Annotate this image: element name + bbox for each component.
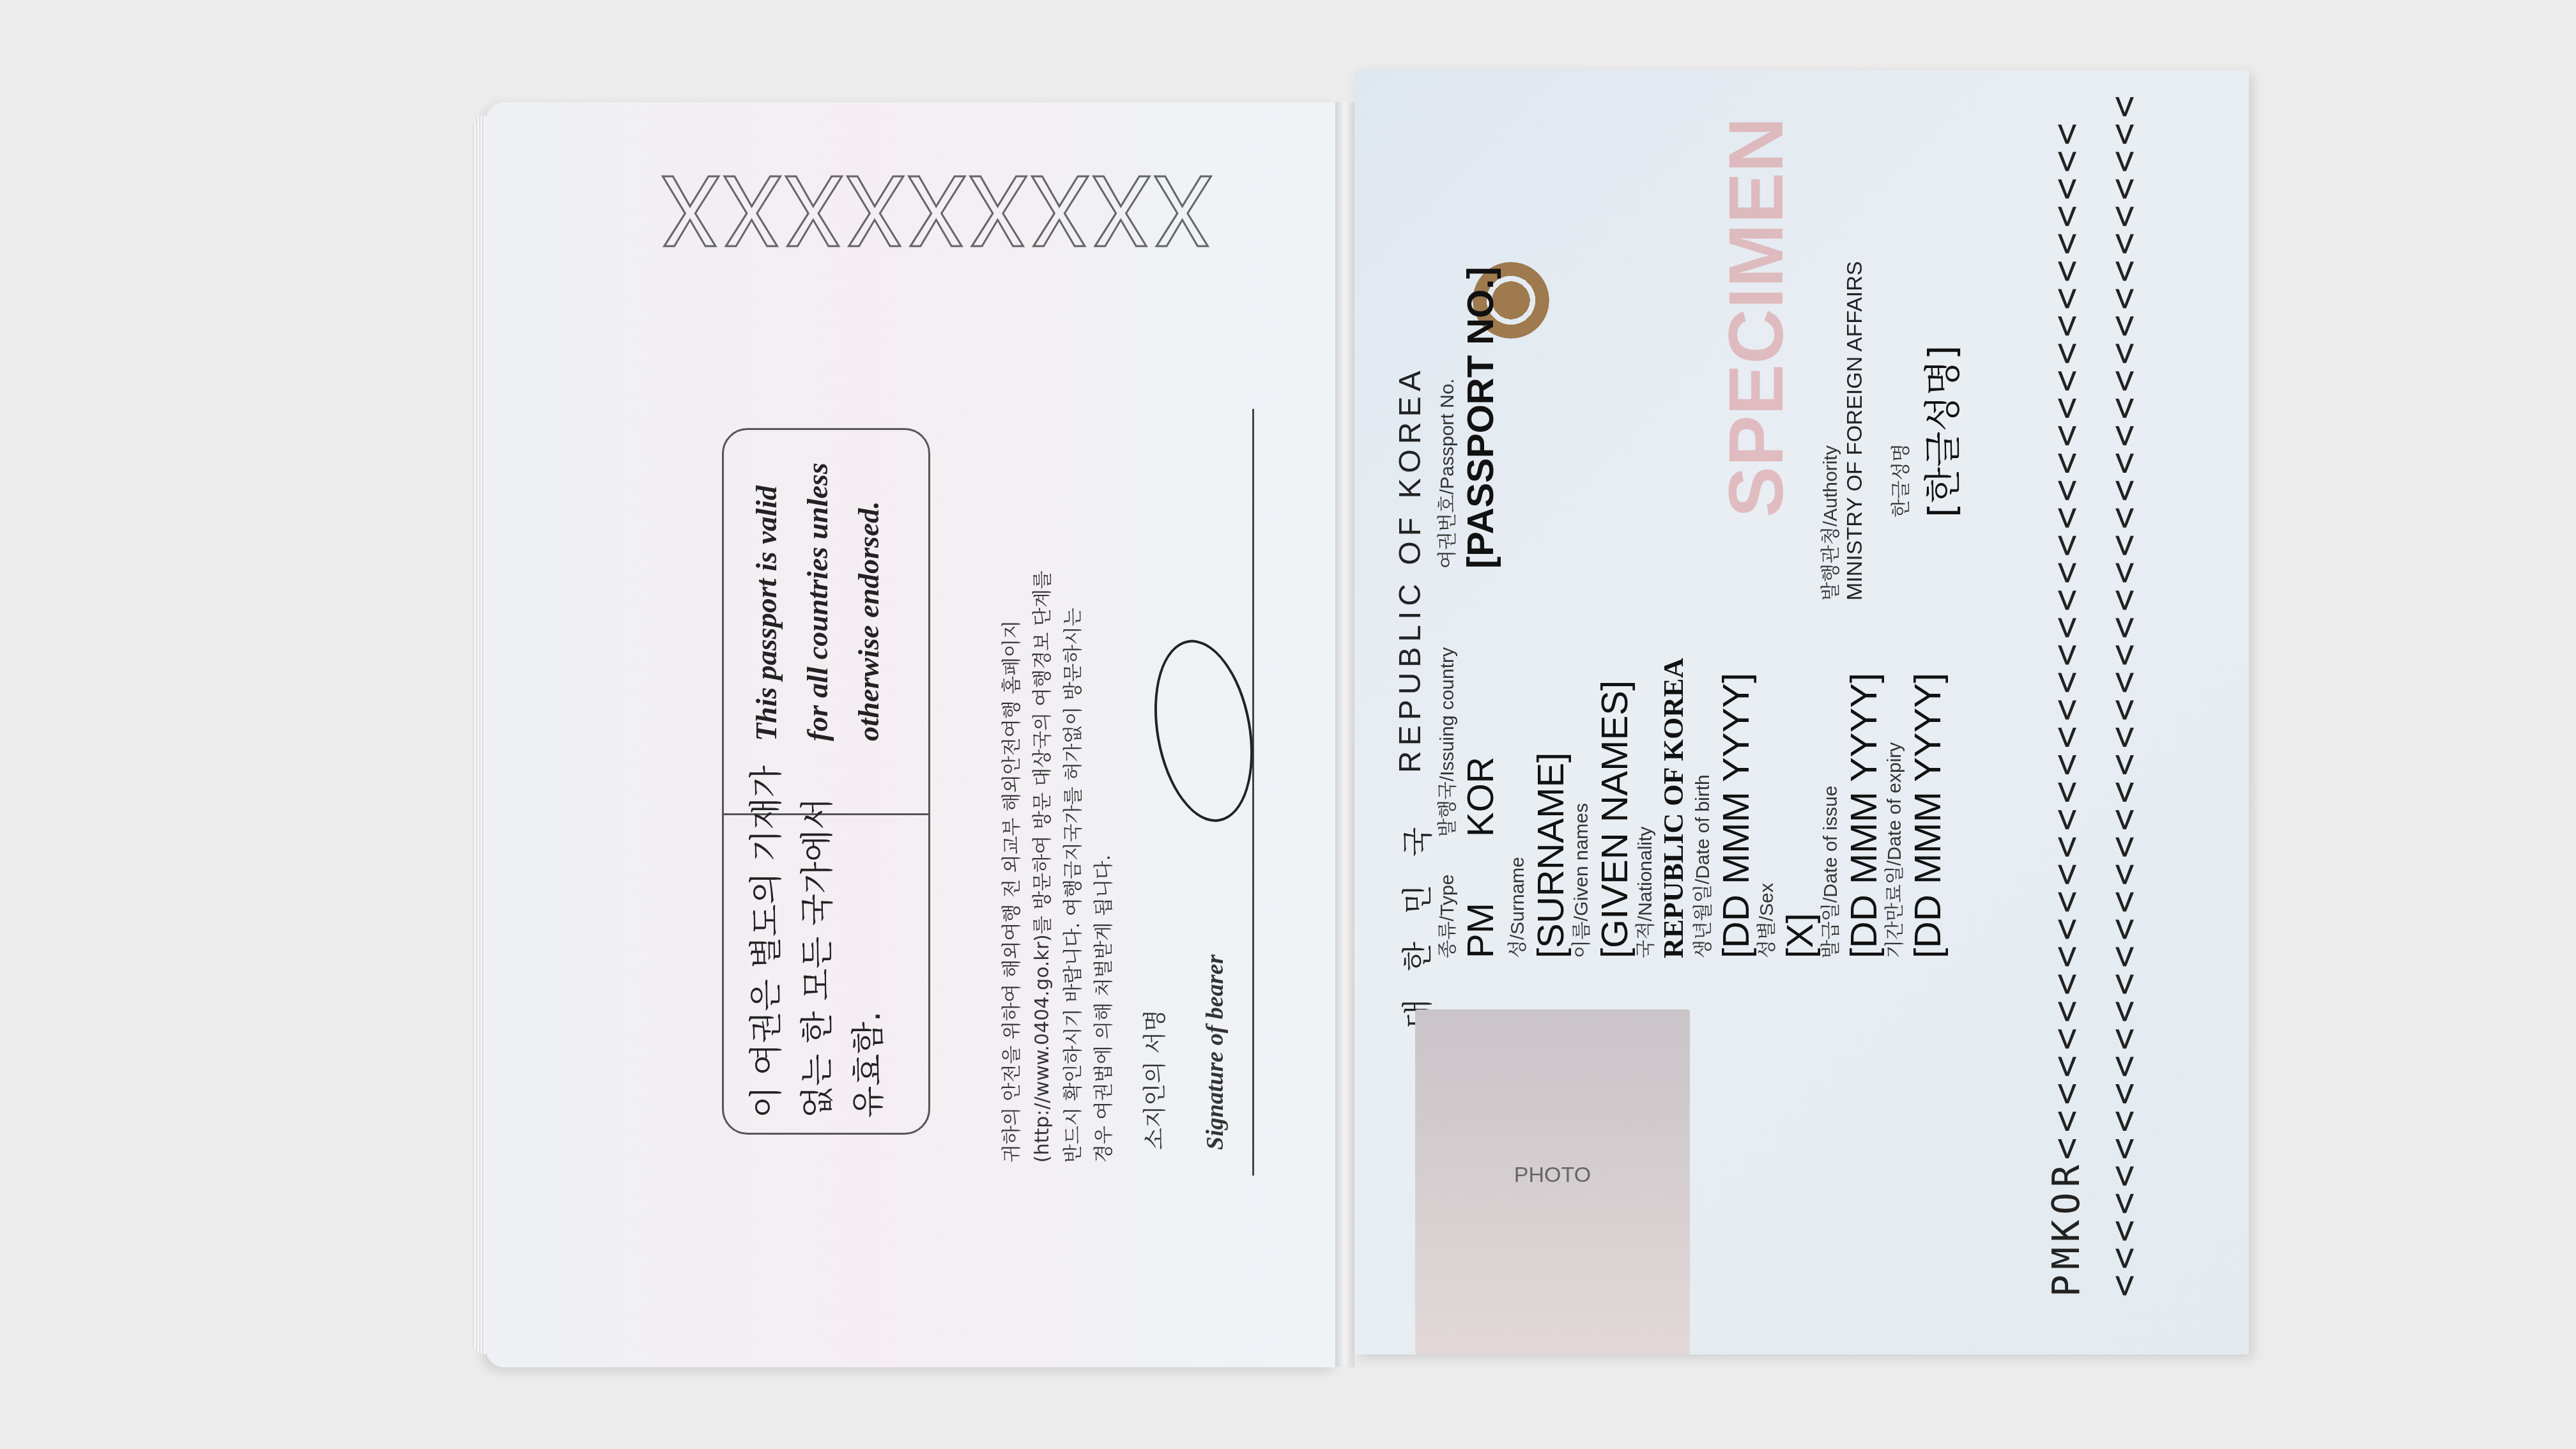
signature-placeholder [1141, 632, 1266, 829]
signature-label-ko: 소지인의 서명 [1137, 1009, 1170, 1150]
holder-photo-placeholder: PHOTO [1415, 1009, 1690, 1354]
observations-page: XXXXXXXXX 이 여권은 별도의 기재가 없는 한 모든 국가에서 유효함… [486, 102, 1335, 1367]
field-date-of-issue: 발급일/Date of issue [DD MMM YYYY] [1814, 673, 1885, 958]
field-nationality: 국적/Nationality REPUBLIC OF KOREA [1629, 658, 1690, 958]
country-name-en: REPUBLIC OF KOREA [1393, 366, 1428, 773]
validity-notice-en: This passport is valid for all countries… [741, 463, 894, 741]
field-passport-no: 여권번호/Passport No. [PASSPORT NO.] [1431, 266, 1502, 569]
field-sex: 성별/Sex [X] [1751, 883, 1821, 958]
country-name-ko: 대 한 민 국 [1393, 818, 1437, 1029]
perforated-number: XXXXXXXXX [658, 153, 1212, 264]
travel-advisory: 귀하의 안전을 위하여 해외여행 전 외교부 해외안전여행 홈페이지 (http… [997, 571, 1119, 1163]
field-korean-name: 한글성명 [한글성명] [1885, 346, 1966, 517]
field-type: 종류/Type PM [1431, 875, 1502, 958]
field-date-of-birth: 생년월일/Date of birth [DD MMM YYYY] [1687, 673, 1758, 958]
field-surname: 성/Surname [SURNAME] [1501, 753, 1572, 958]
specimen-watermark: SPECIMEN [1712, 117, 1800, 517]
field-issuing-country: 발행국/Issuing country KOR [1431, 647, 1502, 837]
signature-line [1252, 409, 1254, 1176]
validity-notice-ko: 이 여권은 별도의 기재가 없는 한 모든 국가에서 유효함. [741, 765, 894, 1118]
mrz-line-2: <<<<<<<<<<<<<<<<<<<<<<<<<<<<<<<<<<<<<<<<… [2102, 91, 2145, 1297]
mrz-line-1: PMKOR<<<<<<<<<<<<<<<<<<<<<<<<<<<<<<<<<<<… [2044, 118, 2088, 1297]
field-given-names: 이름/Given names [GIVEN NAMES] [1565, 680, 1636, 958]
signature-label-en: Signature of bearer [1201, 954, 1229, 1150]
field-date-of-expiry: 기간만료일/Date of expiry [DD MMM YYYY] [1878, 673, 1949, 958]
data-page: 대 한 민 국 REPUBLIC OF KOREA 여권 PASSPORT 종류… [1354, 70, 2249, 1354]
field-authority: 발행관청/Authority MINISTRY OF FOREIGN AFFAI… [1814, 261, 1867, 601]
spine [1335, 102, 1354, 1367]
passport-spread: XXXXXXXXX 이 여권은 별도의 기재가 없는 한 모든 국가에서 유효함… [473, 96, 2255, 1380]
